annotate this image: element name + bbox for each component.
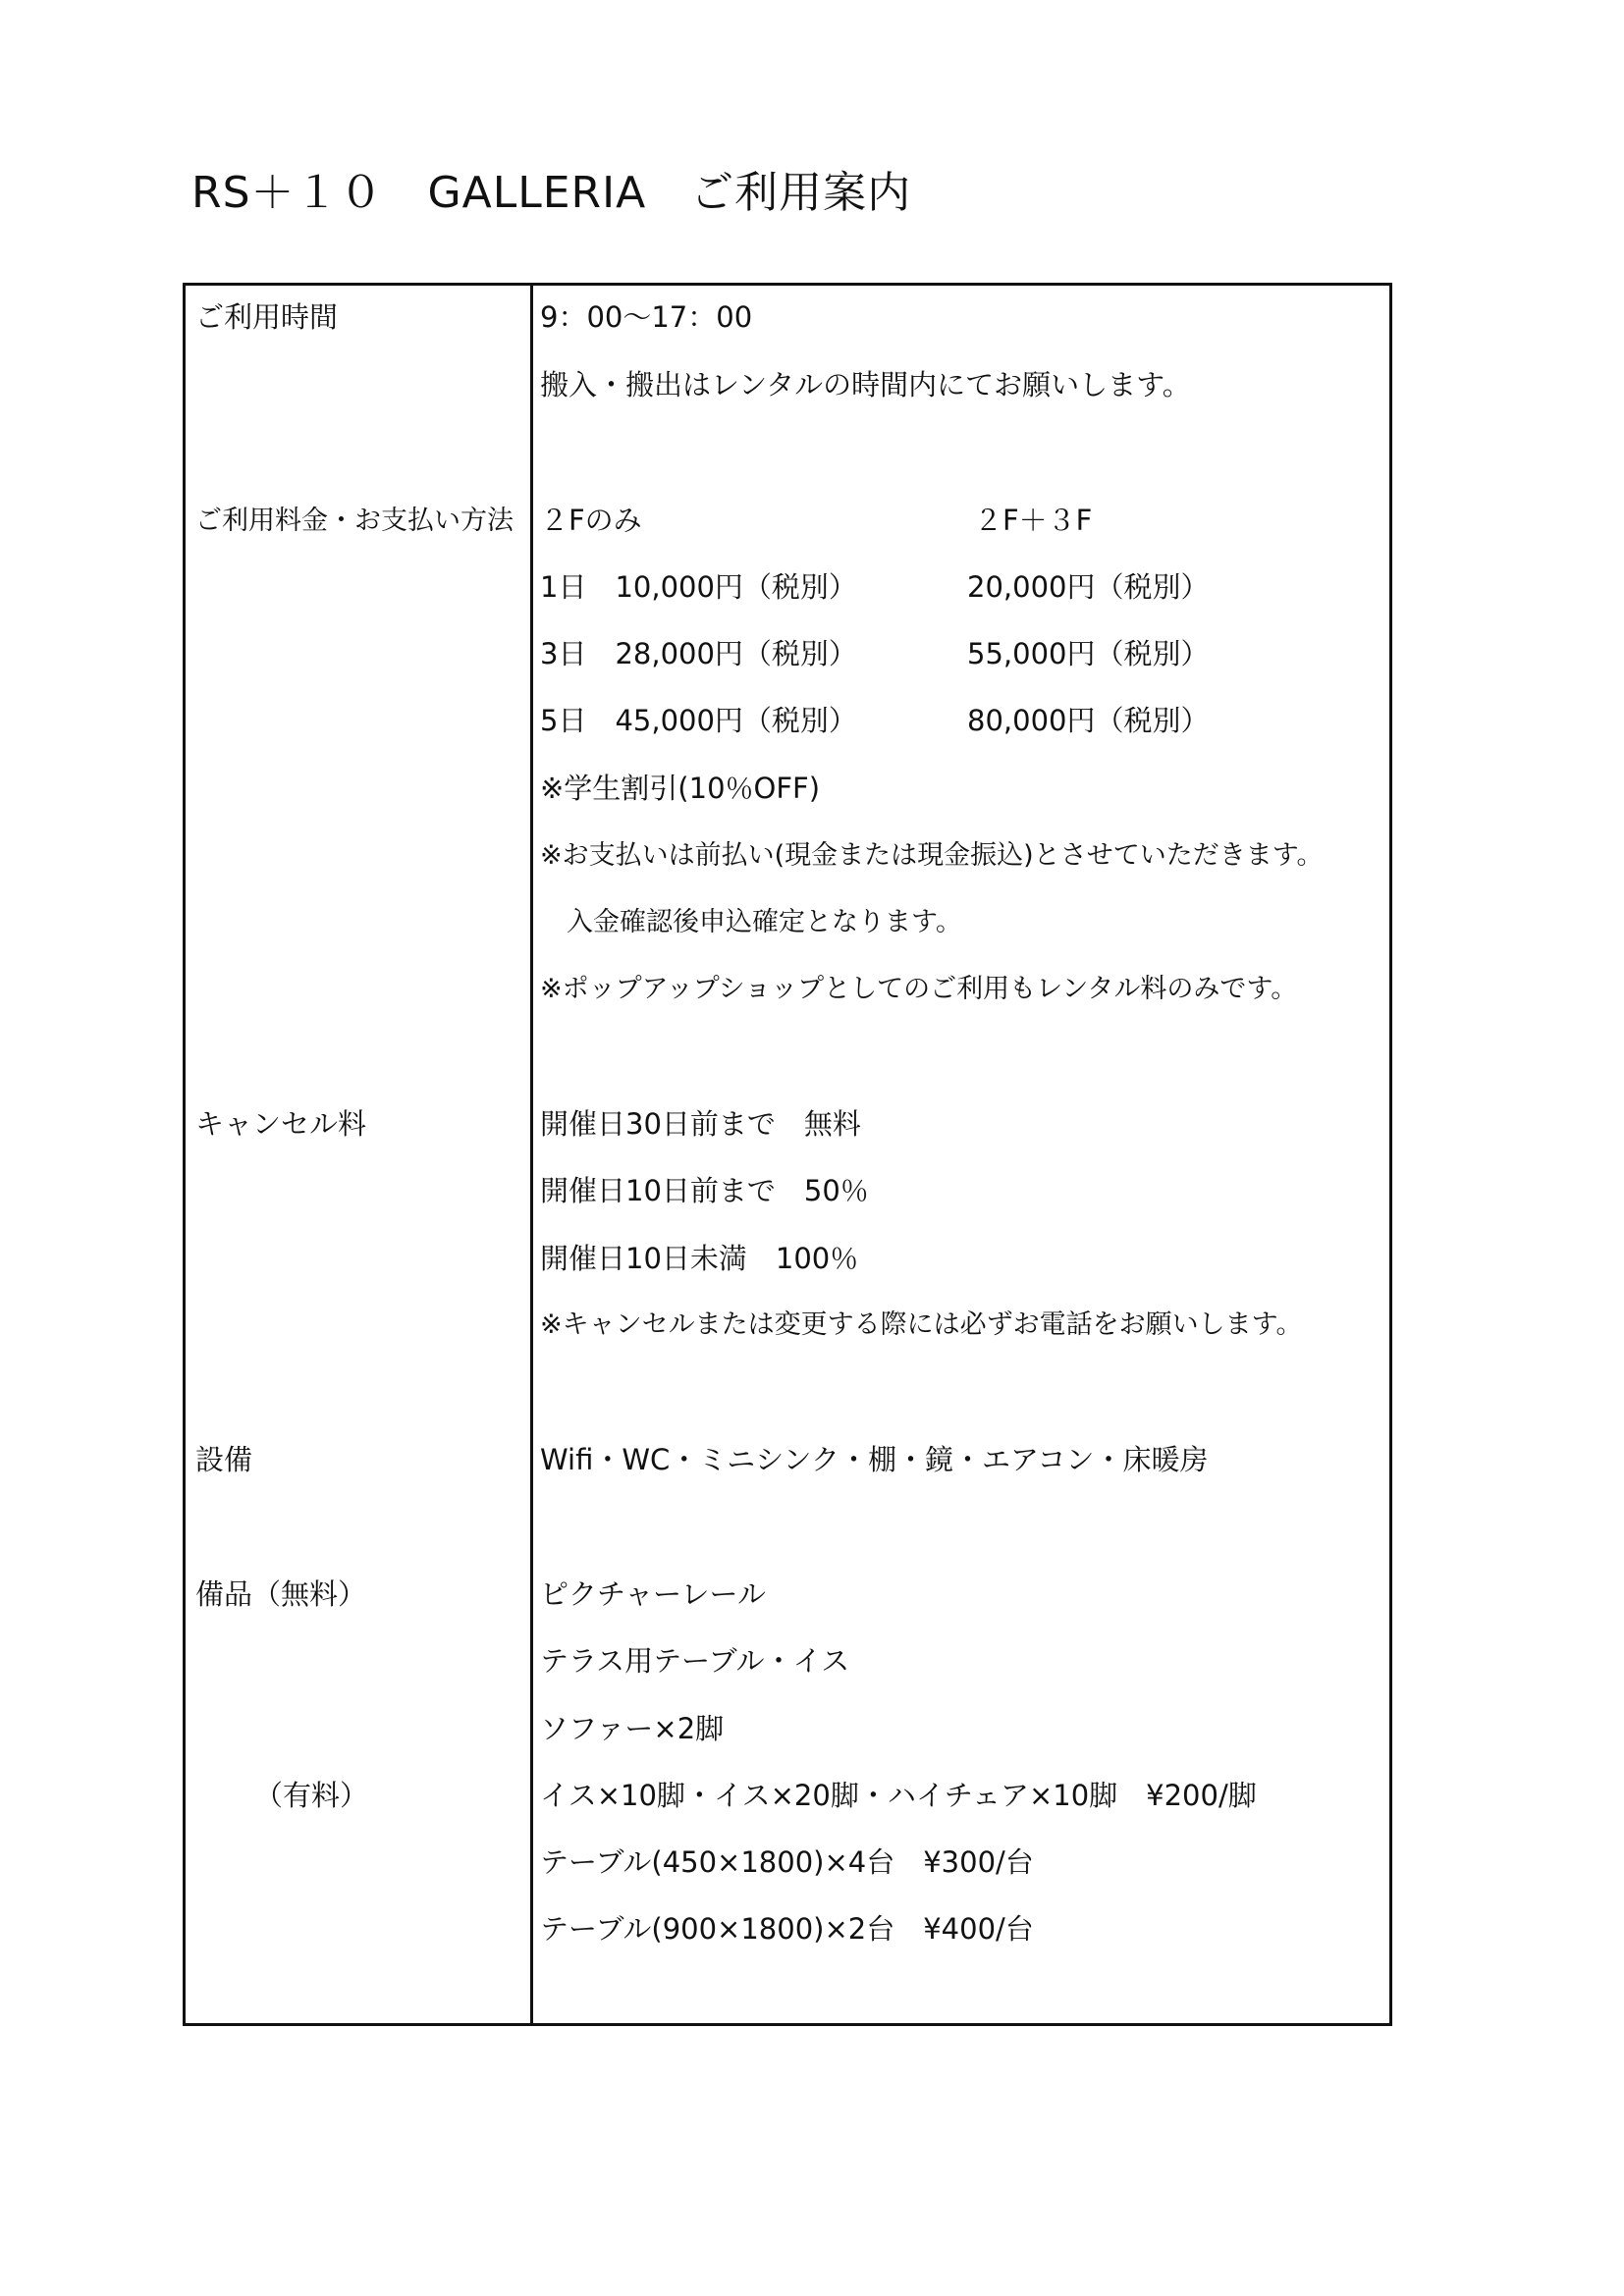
fees-header-2f: ２Fのみ	[540, 503, 642, 538]
cancel-under10: 開催日10日未満 100％	[540, 1241, 858, 1276]
fee-row-3day-2f: 3日 28,000円（税別）	[540, 636, 857, 671]
cancel-10days: 開催日10日前まで 50％	[540, 1173, 869, 1208]
hours-note: 搬入・搬出はレンタルの時間内にてお願いします。	[540, 367, 1191, 402]
label-hours: ご利用時間	[195, 299, 338, 335]
equipment-free-item: テラス用テーブル・イス	[540, 1643, 849, 1679]
cancel-note: ※キャンセルまたは変更する際には必ずお電話をお願いします。	[540, 1308, 1302, 1343]
fee-row-5day-2f: 5日 45,000円（税別）	[540, 703, 857, 738]
equipment-free-item: ピクチャーレール	[540, 1576, 766, 1612]
equipment-free-item: ソファー×2脚	[540, 1711, 724, 1746]
fee-note-popup: ※ポップアップショップとしてのご利用もレンタル料のみです。	[540, 972, 1297, 1007]
label-cancellation: キャンセル料	[195, 1106, 366, 1142]
equipment-paid-item: テーブル(450×1800)×4台 ¥300/台	[540, 1844, 1034, 1880]
fee-row-1day-2f3f: 20,000円（税別）	[967, 569, 1209, 605]
fees-header-2f3f: ２F＋３F	[974, 503, 1092, 538]
equipment-paid-item: イス×10脚・イス×20脚・ハイチェア×10脚 ¥200/脚	[540, 1778, 1257, 1813]
fee-note-student: ※学生割引(10％OFF)	[540, 771, 820, 806]
label-equipment-free: 備品（無料）	[195, 1576, 366, 1612]
info-table: ご利用時間 9：00～17：00 搬入・搬出はレンタルの時間内にてお願いします。…	[183, 283, 1392, 2026]
fee-note-confirm: 入金確認後申込確定となります。	[540, 905, 962, 940]
equipment-paid-item: テーブル(900×1800)×2台 ¥400/台	[540, 1911, 1034, 1947]
fee-row-3day-2f3f: 55,000円（税別）	[967, 636, 1209, 671]
facilities-list: Wifi・WC・ミニシンク・棚・鏡・エアコン・床暖房	[540, 1442, 1209, 1477]
fee-row-5day-2f3f: 80,000円（税別）	[967, 703, 1209, 738]
page-title: RS＋１０ GALLERIA ご利用案内	[191, 157, 911, 220]
label-equipment-paid: （有料）	[254, 1778, 368, 1813]
label-facilities: 設備	[195, 1442, 252, 1477]
fee-row-1day-2f: 1日 10,000円（税別）	[540, 569, 857, 605]
cancel-30days: 開催日30日前まで 無料	[540, 1106, 861, 1142]
column-divider	[530, 286, 533, 2023]
label-fees: ご利用料金・お支払い方法	[195, 504, 514, 539]
hours-time: 9：00～17：00	[540, 299, 752, 335]
fee-note-prepay: ※お支払いは前払い(現金または現金振込)とさせていただきます。	[540, 838, 1324, 874]
